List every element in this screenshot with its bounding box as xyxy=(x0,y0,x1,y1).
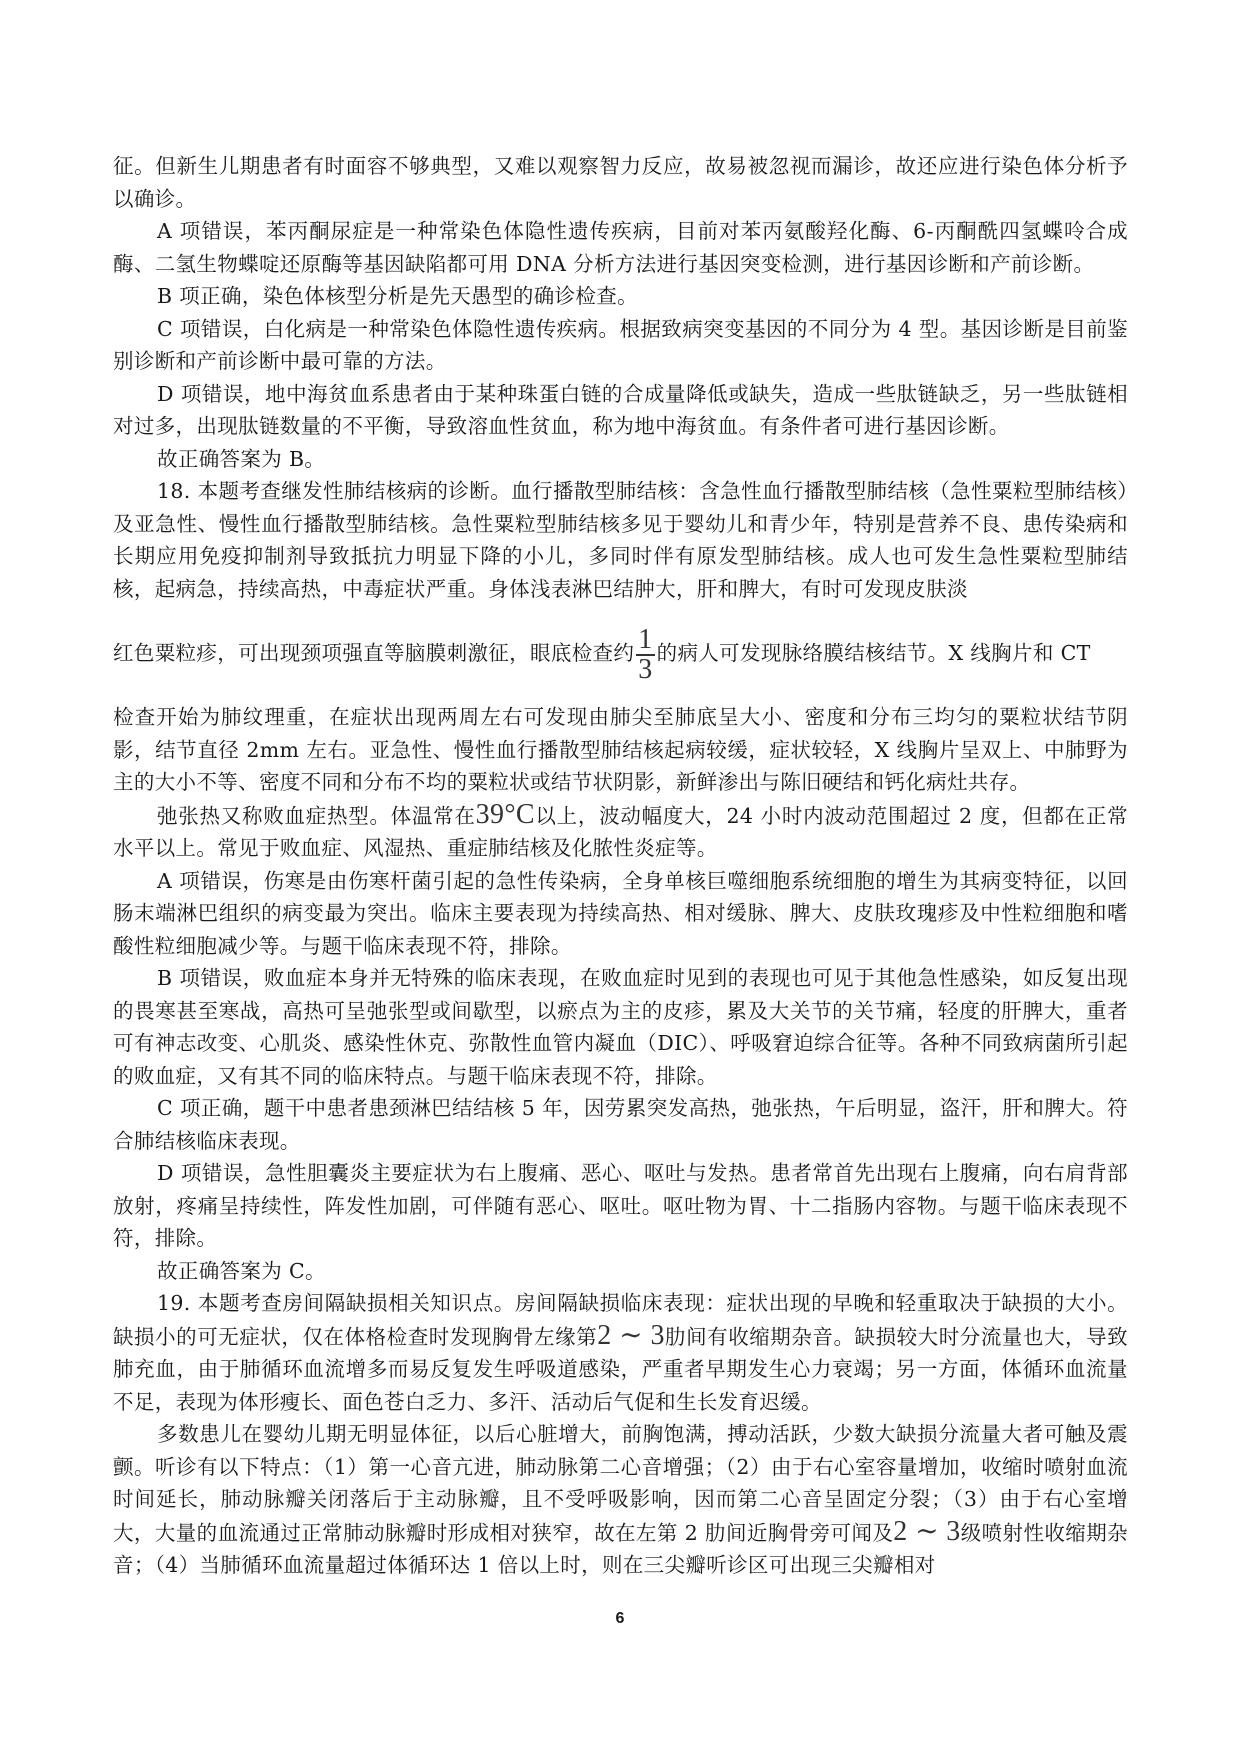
paragraph-option-d: D 项错误，地中海贫血系患者由于某种珠蛋白链的合成量降低或缺失，造成一些肽链缺乏… xyxy=(113,378,1128,443)
paragraph-remittent-fever: 弛张热又称败血症热型。体温常在39°C以上，波动幅度大，24 小时内波动范围超过… xyxy=(113,799,1128,865)
paragraph-answer-17: 故正确答案为 B。 xyxy=(113,443,1128,476)
document-body: 征。但新生儿期患者有时面容不够典型，又难以观察智力反应，故易被忽视而漏诊，故还应… xyxy=(113,150,1128,1582)
math-temperature: 39°C xyxy=(476,799,535,830)
paragraph-option-b-18: B 项错误，败血症本身并无特殊的临床表现，在败血症时见到的表现也可见于其他急性感… xyxy=(113,962,1128,1092)
math-murmur-grade: 2 ∼ 3 xyxy=(893,1516,960,1547)
paragraph-continuation: 征。但新生儿期患者有时面容不够典型，又难以观察智力反应，故易被忽视而漏诊，故还应… xyxy=(113,150,1128,215)
paragraph-option-c: C 项错误，白化病是一种常染色体隐性遗传疾病。根据致病突变基因的不同分为 4 型… xyxy=(113,313,1128,378)
text-before-fraction: 红色粟粒疹，可出现颈项强直等脑膜刺激征，眼底检查约 xyxy=(113,641,634,665)
fraction-denominator: 3 xyxy=(636,654,654,684)
paragraph-auscultation: 多数患儿在婴幼儿期无明显体征，以后心脏增大，前胸饱满，搏动活跃，少数大缺损分流量… xyxy=(113,1418,1128,1582)
paragraph-question-19: 19. 本题考查房间隔缺损相关知识点。房间隔缺损临床表现：症状出现的早晚和轻重取… xyxy=(113,1287,1128,1418)
paragraph-option-d-18: D 项错误，急性胆囊炎主要症状为右上腹痛、恶心、呕吐与发热。患者常首先出现右上腹… xyxy=(113,1157,1128,1255)
paragraph-option-b: B 项正确，染色体核型分析是先天愚型的确诊检查。 xyxy=(113,280,1128,313)
paragraph-answer-18: 故正确答案为 C。 xyxy=(113,1255,1128,1288)
paragraph-option-c-18: C 项正确，题干中患者患颈淋巴结结核 5 年，因劳累突发高热，弛张热，午后明显，… xyxy=(113,1092,1128,1157)
math-rib-range: 2 ∼ 3 xyxy=(597,1320,665,1351)
fraction-numerator: 1 xyxy=(636,626,654,654)
paragraph-option-a-18: A 项错误，伤寒是由伤寒杆菌引起的急性传染病，全身单核巨噬细胞系统细胞的增生为其… xyxy=(113,865,1128,963)
paragraph-question-18: 18. 本题考查继发性肺结核病的诊断。血行播散型肺结核：含急性血行播散型肺结核（… xyxy=(113,475,1128,605)
text-after-fraction: 的病人可发现脉络膜结核结节。X 线胸片和 CT xyxy=(657,641,1091,665)
fraction-one-third: 13 xyxy=(636,626,654,684)
paragraph-option-a: A 项错误，苯丙酮尿症是一种常染色体隐性遗传疾病，目前对苯丙氨酸羟化酶、6-丙酮… xyxy=(113,215,1128,280)
text-before-math: 弛张热又称败血症热型。体温常在 xyxy=(157,804,476,828)
paragraph-xray-findings: 检查开始为肺纹理重，在症状出现两周左右可发现由肺尖至肺底呈大小、密度和分布三均匀… xyxy=(113,701,1128,799)
paragraph-fraction-line: 红色粟粒疹，可出现颈项强直等脑膜刺激征，眼底检查约13的病人可发现脉络膜结核结节… xyxy=(113,605,1128,701)
page-number: 6 xyxy=(0,1610,1240,1628)
